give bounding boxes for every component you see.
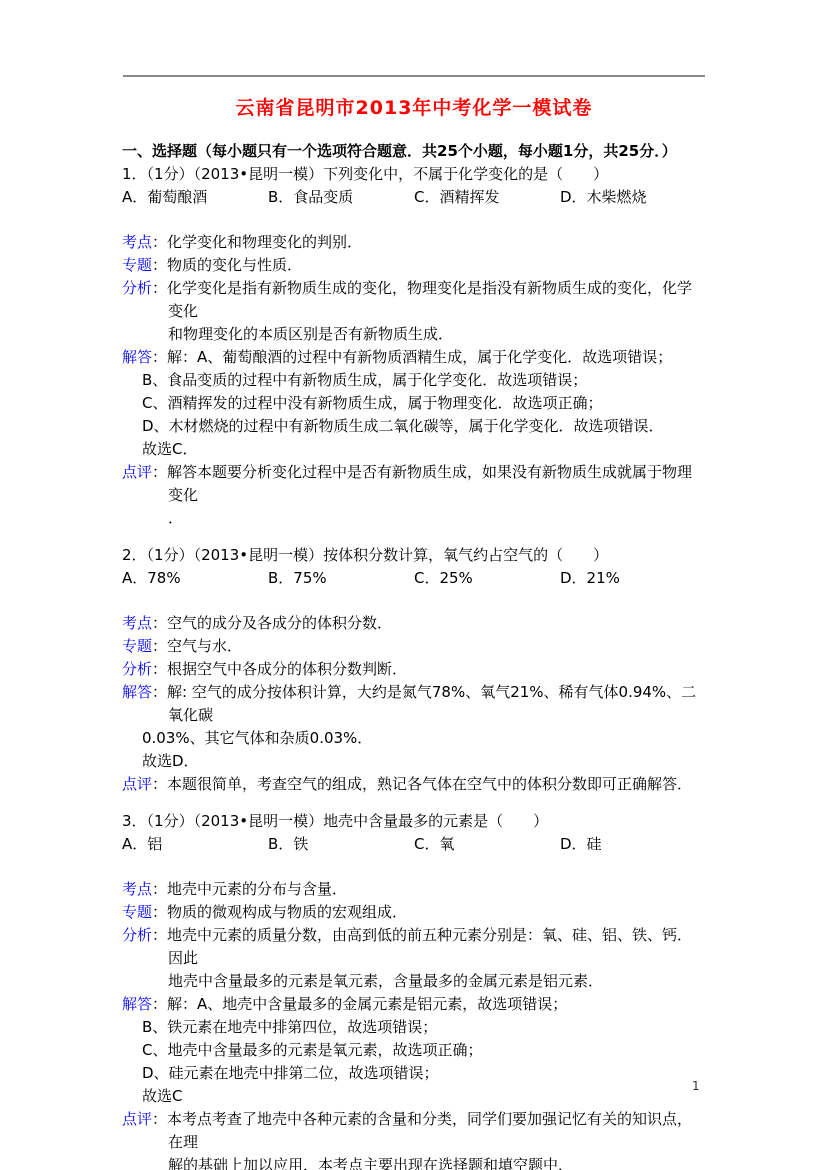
explanation-text: 本题很简单，考查空气的组成，熟记各气体在空气中的体积分数即可正确解答．: [167, 775, 692, 793]
explanation-label: 解答: [122, 348, 152, 366]
explanation-label: 考点: [122, 614, 152, 632]
explanation-row-fenxi: 分析：根据空气中各成分的体积分数判断．: [122, 658, 706, 681]
explanation-sub-line: C、酒精挥发的过程中没有新物质生成，属于物理变化．故选项正确；: [122, 392, 706, 415]
options-row: A．铝 B．铁 C．氧 D．硅: [122, 833, 706, 856]
explanation-row-zhuanti: 专题：空气与水．: [122, 635, 706, 658]
explanation-label: 点评: [122, 463, 152, 481]
explanation-row-fenxi: 分析：化学变化是指有新物质生成的变化，物理变化是指没有新物质生成的变化，化学变化…: [122, 277, 706, 346]
explanation-label: 专题: [122, 637, 152, 655]
label-colon: ：: [152, 463, 167, 481]
page-title: 云南省昆明市2013年中考化学一模试卷: [122, 94, 706, 122]
option-c: C．氧: [414, 833, 560, 856]
explanation-label: 考点: [122, 880, 152, 898]
explanation-row-dianping: 点评：本考点考查了地壳中各种元素的含量和分类，同学们要加强记忆有关的知识点，在理…: [122, 1108, 706, 1170]
explanation-label: 点评: [122, 1110, 152, 1128]
explanation-label: 点评: [122, 775, 152, 793]
document-content: 云南省昆明市2013年中考化学一模试卷 一、选择题（每小题只有一个选项符合题意．…: [122, 94, 706, 1170]
label-colon: ：: [152, 1110, 167, 1128]
explanation-cont-line: 解的基础上加以应用，本考点主要出现在选择题和填空题中．: [122, 1154, 706, 1170]
question-stem: 3．（1分）（2013•昆明一模）地壳中含量最多的元素是（ ）: [122, 810, 706, 833]
label-colon: ：: [152, 926, 167, 944]
explanation-row-jieda: 解答：解：A、地壳中含量最多的金属元素是铝元素，故选项错误； B、铁元素在地壳中…: [122, 993, 706, 1108]
label-colon: ：: [152, 903, 167, 921]
explanation-cont-line: 地壳中含量最多的元素是氧元素，含量最多的金属元素是铝元素．: [122, 970, 706, 993]
explanation-sub-line: B、铁元素在地壳中排第四位，故选项错误；: [122, 1016, 706, 1039]
explanation-sub-line: D、木材燃烧的过程中有新物质生成二氧化碳等，属于化学变化．故选项错误．: [122, 415, 706, 438]
explanation-label: 分析: [122, 279, 152, 297]
explanation-text: 本考点考查了地壳中各种元素的含量和分类，同学们要加强记忆有关的知识点，在理: [167, 1110, 692, 1151]
explanation: 考点：化学变化和物理变化的判别． 专题：物质的变化与性质． 分析：化学变化是指有…: [122, 231, 706, 530]
question-stem: 1．（1分）（2013•昆明一模）下列变化中，不属于化学变化的是（ ）: [122, 163, 706, 186]
label-colon: ：: [152, 995, 167, 1013]
explanation-row-jieda: 解答：解: 空气的成分按体积计算，大约是氮气78%、氧气21%、稀有气体0.94…: [122, 681, 706, 773]
explanation-text: 解：A、葡萄酿酒的过程中有新物质酒精生成，属于化学变化．故选项错误；: [167, 348, 672, 366]
page-number: 1: [692, 1078, 700, 1094]
explanation-text: 物质的变化与性质．: [167, 256, 302, 274]
explanation-row-zhuanti: 专题：物质的变化与性质．: [122, 254, 706, 277]
explanation-sub-line: 故选C．: [122, 438, 706, 461]
explanation-sub-line: B、食品变质的过程中有新物质生成，属于化学变化．故选项错误；: [122, 369, 706, 392]
question-block-3: 3．（1分）（2013•昆明一模）地壳中含量最多的元素是（ ） A．铝 B．铁 …: [122, 810, 706, 1170]
explanation-text: 化学变化是指有新物质生成的变化，物理变化是指没有新物质生成的变化，化学变化: [167, 279, 692, 320]
label-colon: ：: [152, 880, 167, 898]
option-b: B．食品变质: [268, 186, 414, 209]
label-colon: ：: [152, 637, 167, 655]
explanation-sub-line: 故选C: [122, 1085, 706, 1108]
question-block-1: 1．（1分）（2013•昆明一模）下列变化中，不属于化学变化的是（ ） A．葡萄…: [122, 163, 706, 530]
explanation-text: 空气的成分及各成分的体积分数．: [167, 614, 392, 632]
explanation-text: 物质的微观构成与物质的宏观组成．: [167, 903, 407, 921]
explanation: 考点：地壳中元素的分布与含量． 专题：物质的微观构成与物质的宏观组成． 分析：地…: [122, 878, 706, 1170]
explanation-text: 解答本题要分析变化过程中是否有新物质生成，如果没有新物质生成就属于物理变化: [167, 463, 692, 504]
explanation-text: 空气与水．: [167, 637, 242, 655]
option-a: A．葡萄酿酒: [122, 186, 268, 209]
section-heading: 一、选择题（每小题只有一个选项符合题意．共25个小题，每小题1分，共25分．）: [122, 140, 706, 163]
explanation-sub-line: C、地壳中含量最多的元素是氧元素，故选项正确；: [122, 1039, 706, 1062]
explanation-text: 地壳中元素的分布与含量．: [167, 880, 347, 898]
explanation: 考点：空气的成分及各成分的体积分数． 专题：空气与水． 分析：根据空气中各成分的…: [122, 612, 706, 796]
explanation-row-zhuanti: 专题：物质的微观构成与物质的宏观组成．: [122, 901, 706, 924]
document-page: 云南省昆明市2013年中考化学一模试卷 一、选择题（每小题只有一个选项符合题意．…: [0, 0, 827, 1170]
option-d: D．硅: [560, 833, 602, 856]
explanation-label: 分析: [122, 660, 152, 678]
explanation-text: 根据空气中各成分的体积分数判断．: [167, 660, 407, 678]
explanation-sub-line: 0.03%、其它气体和杂质0.03%．: [122, 727, 706, 750]
option-a: A．铝: [122, 833, 268, 856]
option-c: C．25%: [414, 567, 560, 590]
options-row: A．葡萄酿酒 B．食品变质 C．酒精挥发 D．木柴燃烧: [122, 186, 706, 209]
explanation-sub-line: D、硅元素在地壳中排第二位，故选项错误；: [122, 1062, 706, 1085]
option-c: C．酒精挥发: [414, 186, 560, 209]
label-colon: ：: [152, 614, 167, 632]
question-block-2: 2．（1分）（2013•昆明一模）按体积分数计算，氧气约占空气的（ ） A．78…: [122, 544, 706, 796]
explanation-label: 解答: [122, 683, 152, 701]
explanation-row-dianping: 点评：本题很简单，考查空气的组成，熟记各气体在空气中的体积分数即可正确解答．: [122, 773, 706, 796]
explanation-row-dianping: 点评：解答本题要分析变化过程中是否有新物质生成，如果没有新物质生成就属于物理变化…: [122, 461, 706, 530]
explanation-label: 分析: [122, 926, 152, 944]
explanation-text: 解: 空气的成分按体积计算，大约是氮气78%、氧气21%、稀有气体0.94%、二…: [167, 683, 696, 724]
label-colon: ：: [152, 775, 167, 793]
explanation-row-kaodian: 考点：地壳中元素的分布与含量．: [122, 878, 706, 901]
option-a: A．78%: [122, 567, 268, 590]
explanation-sub-line: 故选D．: [122, 750, 706, 773]
label-colon: ：: [152, 683, 167, 701]
explanation-label: 考点: [122, 233, 152, 251]
explanation-label: 解答: [122, 995, 152, 1013]
option-d: D．21%: [560, 567, 620, 590]
option-b: B．75%: [268, 567, 414, 590]
header-rule: [123, 75, 705, 77]
explanation-text: 地壳中元素的质量分数，由高到低的前五种元素分别是：氧、硅、铝、铁、钙．因此: [167, 926, 692, 967]
option-b: B．铁: [268, 833, 414, 856]
label-colon: ：: [152, 348, 167, 366]
label-colon: ：: [152, 279, 167, 297]
explanation-row-kaodian: 考点：空气的成分及各成分的体积分数．: [122, 612, 706, 635]
explanation-label: 专题: [122, 256, 152, 274]
explanation-text: 化学变化和物理变化的判别．: [167, 233, 362, 251]
label-colon: ：: [152, 256, 167, 274]
question-stem: 2．（1分）（2013•昆明一模）按体积分数计算，氧气约占空气的（ ）: [122, 544, 706, 567]
label-colon: ：: [152, 233, 167, 251]
option-d: D．木柴燃烧: [560, 186, 647, 209]
options-row: A．78% B．75% C．25% D．21%: [122, 567, 706, 590]
label-colon: ：: [152, 660, 167, 678]
explanation-row-kaodian: 考点：化学变化和物理变化的判别．: [122, 231, 706, 254]
explanation-cont-line: 和物理变化的本质区别是否有新物质生成．: [122, 323, 706, 346]
explanation-row-jieda: 解答：解：A、葡萄酿酒的过程中有新物质酒精生成，属于化学变化．故选项错误； B、…: [122, 346, 706, 461]
explanation-cont-line: ．: [122, 507, 706, 530]
explanation-text: 解：A、地壳中含量最多的金属元素是铝元素，故选项错误；: [167, 995, 567, 1013]
explanation-row-fenxi: 分析：地壳中元素的质量分数，由高到低的前五种元素分别是：氧、硅、铝、铁、钙．因此…: [122, 924, 706, 993]
explanation-label: 专题: [122, 903, 152, 921]
